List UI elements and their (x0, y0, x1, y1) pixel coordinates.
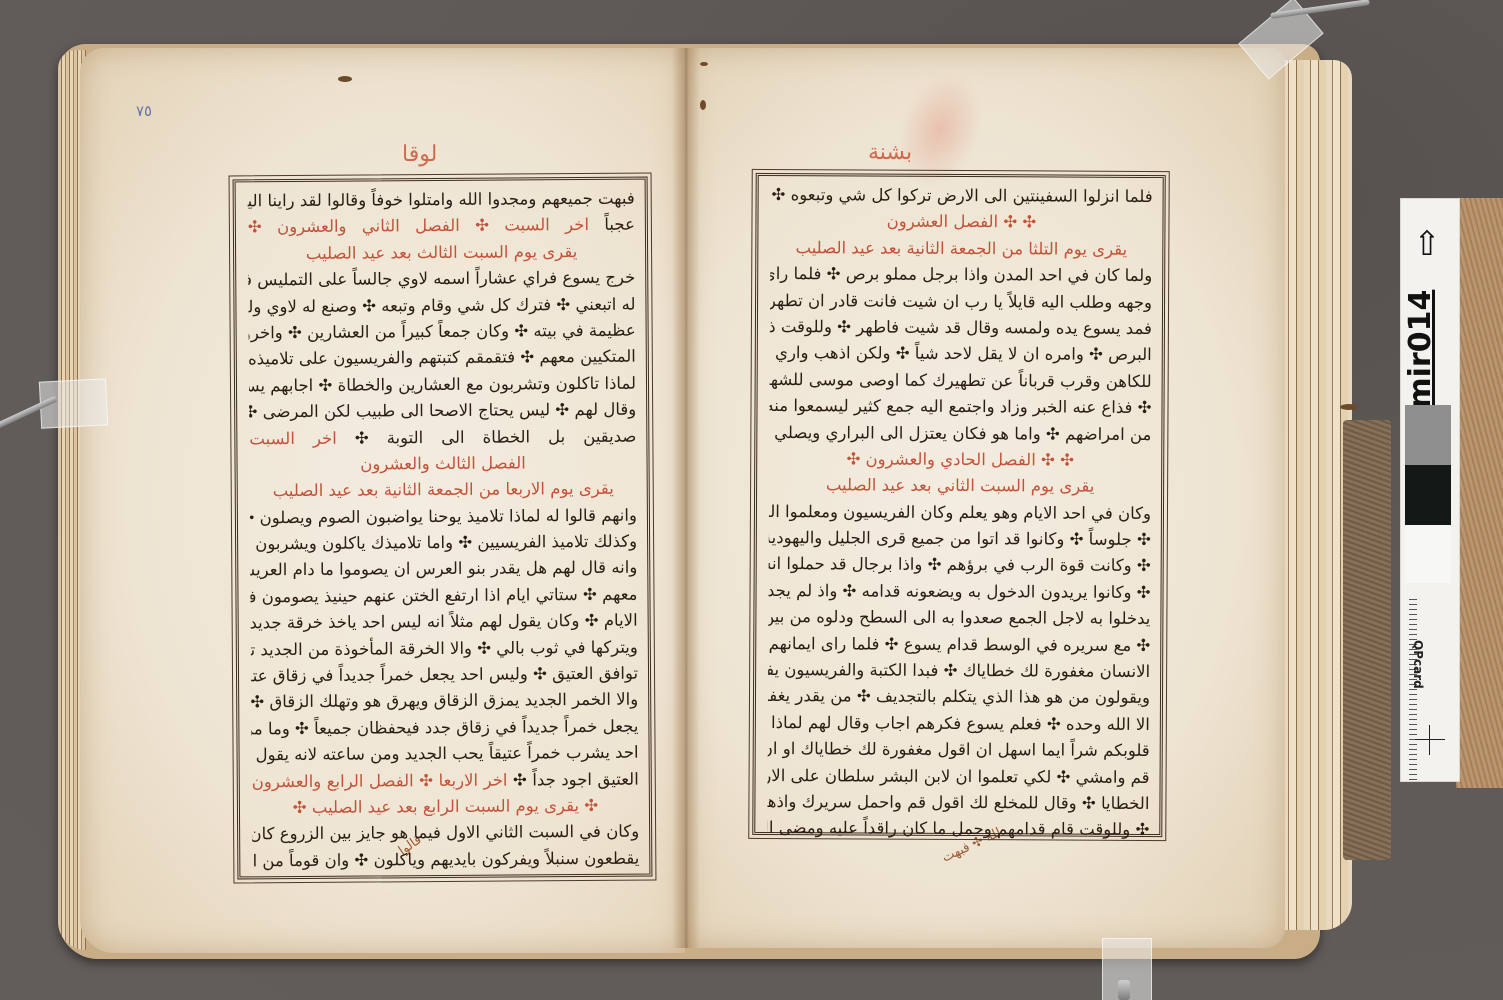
grey-swatch (1405, 405, 1451, 465)
line-text: يقطعون سنبلاً ويفركون بايديهم وياكلون ✣ … (252, 848, 639, 870)
text-line: ولما كان في احد المدن واذا برجل مملو برص… (770, 261, 1152, 289)
wormhole (700, 62, 708, 66)
right-text-frame: فلما انزلوا السفينتين الى الارض تركوا كل… (752, 173, 1165, 837)
text-line: ✣ وللوقت قام قدامهم وحمل ما كان راقداً ع… (767, 815, 1149, 843)
line-text: ✣ وكانوا يريدون الدخول به ويضعونه قدامه … (768, 581, 1150, 602)
text-line: وانه قال لهم هل يقدر بنو العرس ان يصوموا… (250, 555, 637, 584)
rubric-line: يقرى يوم التلثا من الجمعة الثانية بعد عي… (770, 235, 1152, 263)
line-text: ويتركها في ثوب بالي ✣ والا الخرقة المأخو… (251, 637, 638, 659)
line-text: عجباً (604, 215, 635, 234)
line-text: احد يشرب خمراً عتيقاً يحب الجديد ومن ساع… (251, 743, 638, 765)
left-text-frame: فبهت جميعهم ومجدوا الله وامتلوا خوفاً وق… (233, 177, 653, 880)
card-brand: QPcard (1411, 640, 1425, 689)
line-text: من امراضهم ✣ واما هو فكان يعتزل الى البر… (769, 422, 1151, 443)
line-text: توافق العتيق ✣ وليس احد يجعل خمراً جديدا… (251, 664, 638, 686)
line-text: وكان في السبت الثاني الاول فيما هو جايز … (252, 822, 639, 844)
line-text: خرج يسوع فراي عشاراً اسمه لاوي جالساً عل… (248, 268, 635, 290)
right-running-header: بشنة (868, 140, 912, 165)
line-text: الايام ✣ وكان يقول لهم مثلاً انه ليس احد… (251, 611, 638, 633)
text-line: ✣ وكانوا يريدون الدخول به ويضعونه قدامه … (768, 578, 1150, 606)
text-line: وكذلك تلاميذ الفريسيين ✣ واما تلاميذك يا… (250, 529, 637, 558)
rubric-text: اخر الاربعا ✣ الفصل الرابع والعشرون (252, 770, 513, 791)
line-text: ويقولون من هو هذا الذي يتكلم بالتجديف ✣ … (768, 686, 1150, 707)
white-swatch (1405, 525, 1451, 583)
text-line: فلما انزلوا السفينتين الى الارض تركوا كل… (771, 182, 1153, 210)
right-text-lines: فلما انزلوا السفينتين الى الارض تركوا كل… (767, 182, 1152, 844)
line-text: والا الخمر الجديد يمزق الزقاق ويهرق هو و… (251, 690, 638, 712)
left-text-lines: فبهت جميعهم ومجدوا الله وامتلوا خوفاً وق… (248, 186, 640, 875)
text-line: وكان في السبت الثاني الاول فيما هو جايز … (252, 819, 639, 848)
clip-bottom[interactable] (1118, 980, 1130, 1000)
line-text: يدخلوا به لاجل الجمع صعدوا به الى السطح … (768, 607, 1150, 628)
rubric-line: الفصل الثالث والعشرون (249, 450, 636, 479)
cork-board (1456, 198, 1503, 788)
wormhole (338, 76, 352, 82)
pencil-folio-number: ٧٥ (136, 102, 152, 120)
text-line: عظيمة في بيته ✣ وكان جمعاً كبيراً من الع… (249, 318, 636, 347)
text-line: وانهم قالوا له لماذا تلاميذ يوحنا يواضبو… (250, 502, 637, 531)
crosshair-icon (1415, 725, 1445, 755)
rubric-line: ✣ ✣ الفصل العشرون (770, 208, 1152, 236)
wormhole (700, 100, 706, 110)
left-running-header: لوقا (402, 142, 437, 167)
text-line: توافق العتيق ✣ وليس احد يجعل خمراً جديدا… (251, 661, 638, 690)
text-line: ✣ فذاع عنه الخبر وزاد واجتمع اليه جمع كث… (769, 393, 1151, 421)
line-text: فمد يسوع يده ولمسه وقال قد شيت فاطهر ✣ و… (770, 317, 1152, 338)
line-text: قم وامشي ✣ لكي تعلموا ان لابن البشر سلطا… (768, 765, 1150, 786)
text-line: له اتبعني ✣ فترك كل شي وقام وتبعه ✣ وصنع… (248, 291, 635, 320)
text-line: لماذا تاكلون وتشربون مع العشارين والخطاة… (249, 370, 636, 399)
text-line: يقطعون سنبلاً ويفركون بايديهم وياكلون ✣ … (252, 845, 639, 874)
text-line: فبهت جميعهم ومجدوا الله وامتلوا خوفاً وق… (248, 186, 635, 215)
text-line: من امراضهم ✣ واما هو فكان يعتزل الى البر… (769, 420, 1151, 448)
line-text: عظيمة في بيته ✣ وكان جمعاً كبيراً من الع… (249, 321, 636, 343)
line-text: ولما كان في احد المدن واذا برجل مملو برص… (770, 264, 1152, 286)
rubric-line: يقرى يوم السبت الثاني بعد عيد الصليب (769, 472, 1151, 500)
line-text: له اتبعني ✣ فترك كل شي وقام وتبعه ✣ وصنع… (248, 294, 635, 316)
text-line: يجعل خمراً جديداً في زقاق جدد فيحفظان جم… (251, 713, 638, 742)
rubric-text: اخر السبت ✣ الفصل الثاني والعشرون ✣ (248, 215, 605, 236)
line-text: المتكيين معهم ✣ فتقمقم كتبتهم والفريسيون… (249, 347, 636, 369)
text-line: خرج يسوع فراي عشاراً اسمه لاوي جالساً عل… (248, 265, 635, 294)
text-line: ✣ جلوساً ✣ وكانوا قد اتوا من جميع قرى ال… (769, 525, 1151, 553)
text-line: والا الخمر الجديد يمزق الزقاق ويهرق هو و… (251, 687, 638, 716)
text-line: يدخلوا به لاجل الجمع صعدوا به الى السطح … (768, 604, 1150, 632)
line-text: صديقين بل الخطاة الى التوبة ✣ (355, 426, 637, 447)
text-line: المتكيين معهم ✣ فتقمقم كتبتهم والفريسيون… (249, 344, 636, 373)
line-text: يجعل خمراً جديداً في زقاق جدد فيحفظان جم… (251, 716, 638, 738)
text-line: العتيق اجود جداً ✣ اخر الاربعا ✣ الفصل ا… (252, 766, 639, 795)
line-text: وجهه وطلب اليه قايلاً يا رب ان شيت فانت … (770, 290, 1152, 311)
line-text: ✣ وكانت قوة الرب في برؤهم ✣ واذا برجال ق… (769, 554, 1151, 576)
line-text: وانهم قالوا له لماذا تلاميذ يوحنا يواضبو… (250, 505, 637, 527)
line-text: يقرى يوم الاربعا من الجمعة الثانية بعد ع… (273, 479, 614, 500)
gutter (672, 48, 700, 948)
line-text: ✣ وللوقت قام قدامهم وحمل ما كان راقداً ع… (767, 818, 1149, 840)
line-text: الا الله وحده ✣ فعلم يسوع فكرهم اجاب وقا… (768, 712, 1150, 733)
text-line: قلوبكم شراً ايما اسهل ان اقول مغفورة لك … (768, 736, 1150, 764)
line-text: ✣ ✣ الفصل الحادي والعشرون ✣ (846, 449, 1074, 469)
line-text: العتيق اجود جداً ✣ (513, 769, 639, 789)
line-text: الانسان مغفورة لك خطاياك ✣ فبدا الكتبة و… (768, 660, 1150, 681)
text-line: صديقين بل الخطاة الى التوبة ✣ اخر السبت (249, 423, 636, 452)
text-line: للكاهن وقرب قرباناً عن تطهيرك كما اوصى م… (770, 367, 1152, 395)
text-line: ويتركها في ثوب بالي ✣ والا الخرقة المأخو… (251, 634, 638, 663)
rubric-text: اخر السبت (249, 428, 355, 448)
rubric-line: ✣ يقرى يوم السبت الرابع بعد عيد الصليب ✣ (252, 793, 639, 822)
line-text: قلوبكم شراً ايما اسهل ان اقول مغفورة لك … (768, 739, 1150, 760)
text-line: ✣ وكانت قوة الرب في برؤهم ✣ واذا برجال ق… (769, 551, 1151, 579)
text-line: البرص ✣ وامره ان لا يقل لاحد شياً ✣ ولكن… (770, 340, 1152, 368)
up-arrow-icon: ⇧ (1407, 220, 1447, 268)
text-line: الخطايا ✣ وقال للمخلع لك اقول قم واحمل س… (767, 789, 1149, 817)
line-text: فلما انزلوا السفينتين الى الارض تركوا كل… (772, 185, 1153, 206)
text-line: الانسان مغفورة لك خطاياك ✣ فبدا الكتبة و… (768, 657, 1150, 685)
black-swatch (1405, 465, 1451, 525)
line-text: فبهت جميعهم ومجدوا الله وامتلوا خوفاً وق… (248, 189, 635, 211)
line-text: ✣ فذاع عنه الخبر وزاد واجتمع اليه جمع كث… (769, 396, 1151, 417)
line-text: الفصل الثالث والعشرون (360, 453, 526, 473)
line-text: ✣ يقرى يوم السبت الرابع بعد عيد الصليب ✣ (293, 796, 598, 817)
text-line: وكان في احد الايام وهو يعلم وكان الفريسي… (769, 499, 1151, 527)
line-text: ✣ مع سريره في الوسط قدام يسوع ✣ فلما راى… (768, 633, 1150, 654)
text-line: ويقولون من هو هذا الذي يتكلم بالتجديف ✣ … (768, 683, 1150, 711)
line-text: يقرى يوم السبت الثاني بعد عيد الصليب (826, 476, 1095, 496)
text-line: معهم ✣ ستاتي ايام اذا ارتفع الختن عنهم ح… (250, 582, 637, 611)
text-line: الايام ✣ وكان يقول لهم مثلاً انه ليس احد… (251, 608, 638, 637)
line-text: وكذلك تلاميذ الفريسيين ✣ واما تلاميذك يا… (250, 532, 637, 554)
line-text: لماذا تاكلون وتشربون مع العشارين والخطاة… (249, 373, 636, 395)
rubric-line: يقرى يوم الاربعا من الجمعة الثانية بعد ع… (250, 476, 637, 505)
line-text: معهم ✣ ستاتي ايام اذا ارتفع الختن عنهم ح… (250, 585, 637, 607)
text-line: ✣ مع سريره في الوسط قدام يسوع ✣ فلما راى… (768, 631, 1150, 659)
line-text: البرص ✣ وامره ان لا يقل لاحد شياً ✣ ولكن… (770, 343, 1152, 364)
text-line: وقال لهم ✣ ليس يحتاج الاصحا الى طبيب لكن… (249, 397, 636, 426)
line-text: للكاهن وقرب قرباناً عن تطهيرك كما اوصى م… (770, 369, 1152, 390)
line-text: الخطايا ✣ وقال للمخلع لك اقول قم واحمل س… (767, 792, 1149, 813)
line-text: وانه قال لهم هل يقدر بنو العرس ان يصوموا… (250, 558, 637, 580)
text-line: الا الله وحده ✣ فعلم يسوع فكرهم اجاب وقا… (768, 710, 1150, 738)
line-text: وكان في احد الايام وهو يعلم وكان الفريسي… (769, 501, 1151, 522)
text-line: وجهه وطلب اليه قايلاً يا رب ان شيت فانت … (770, 288, 1152, 316)
leather-binding-fragment (1343, 420, 1391, 860)
line-text: يقرى يوم التلثا من الجمعة الثانية بعد عي… (795, 238, 1127, 259)
text-line: قم وامشي ✣ لكي تعلموا ان لابن البشر سلطا… (768, 763, 1150, 791)
line-text: يقرى يوم السبت الثالث بعد عيد الصليب (306, 242, 578, 263)
text-line: فمد يسوع يده ولمسه وقال قد شيت فاطهر ✣ و… (770, 314, 1152, 342)
line-text: ✣ جلوساً ✣ وكانوا قد اتوا من جميع قرى ال… (769, 528, 1151, 549)
line-text: وقال لهم ✣ ليس يحتاج الاصحا الى طبيب لكن… (249, 400, 636, 422)
wormhole (1340, 404, 1358, 410)
text-line: احد يشرب خمراً عتيقاً يحب الجديد ومن ساع… (251, 740, 638, 769)
rubric-line: ✣ ✣ الفصل الحادي والعشرون ✣ (769, 446, 1151, 474)
rubric-line: يقرى يوم السبت الثالث بعد عيد الصليب (248, 238, 635, 267)
text-line: عجباً اخر السبت ✣ الفصل الثاني والعشرون … (248, 212, 635, 241)
line-text: ✣ ✣ الفصل العشرون (887, 212, 1037, 232)
right-fore-edge (1282, 60, 1352, 930)
